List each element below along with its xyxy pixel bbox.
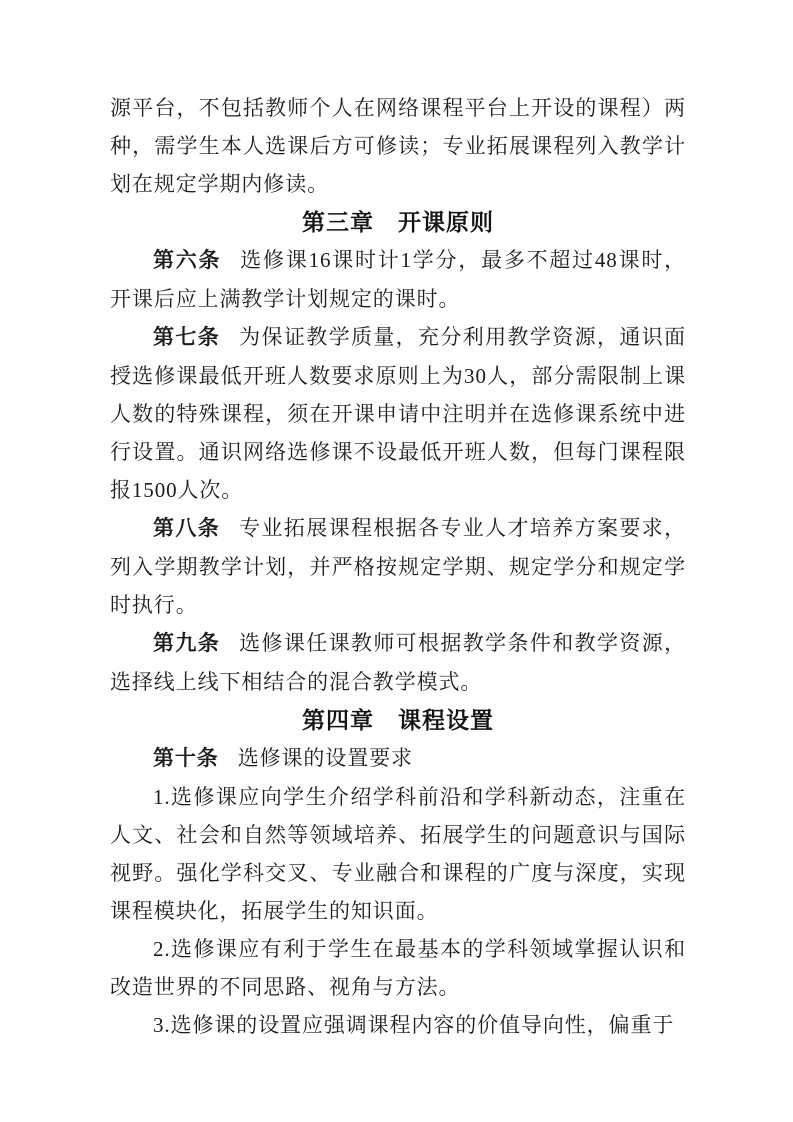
article-7-label: 第七条: [153, 326, 239, 349]
paragraph-continuation: 源平台，不包括教师个人在网络课程平台上开设的课程）两种，需学生本人选课后方可修读…: [110, 89, 686, 203]
article-10-label: 第十条: [153, 747, 238, 770]
list-item-2: 2.选修课应有利于学生在最基本的学科领域掌握认识和改造世界的不同思路、视角与方法…: [110, 930, 686, 1006]
list-item-3: 3.选修课的设置应强调课程内容的价值导向性，偏重于: [110, 1006, 686, 1044]
article-6-label: 第六条: [153, 249, 240, 272]
article-7: 第七条为保证教学质量，充分利用教学资源，通识面授选修课最低开班人数要求原则上为3…: [110, 318, 686, 509]
document-page: 源平台，不包括教师个人在网络课程平台上开设的课程）两种，需学生本人选课后方可修读…: [0, 0, 793, 1122]
article-8-label: 第八条: [153, 517, 239, 540]
article-6: 第六条选修课16课时计1学分，最多不超过48课时，开课后应上满教学计划规定的课时…: [110, 241, 686, 318]
page-body-text: 源平台，不包括教师个人在网络课程平台上开设的课程）两种，需学生本人选课后方可修读…: [110, 89, 686, 1044]
chapter-heading-three: 第三章 开课原则: [110, 203, 686, 241]
article-7-text: 为保证教学质量，充分利用教学资源，通识面授选修课最低开班人数要求原则上为30人，…: [110, 325, 686, 502]
list-item-1: 1.选修课应向学生介绍学科前沿和学科新动态，注重在人文、社会和自然等领域培养、拓…: [110, 778, 686, 930]
article-10: 第十条选修课的设置要求: [110, 739, 686, 778]
article-9: 第九条选修课任课教师可根据教学条件和教学资源，选择线上线下相结合的混合教学模式。: [110, 624, 686, 701]
article-8: 第八条专业拓展课程根据各专业人才培养方案要求，列入学期教学计划，并严格按规定学期…: [110, 509, 686, 624]
article-10-text: 选修课的设置要求: [238, 746, 413, 770]
chapter-heading-four: 第四章 课程设置: [110, 701, 686, 739]
article-9-label: 第九条: [153, 632, 239, 655]
